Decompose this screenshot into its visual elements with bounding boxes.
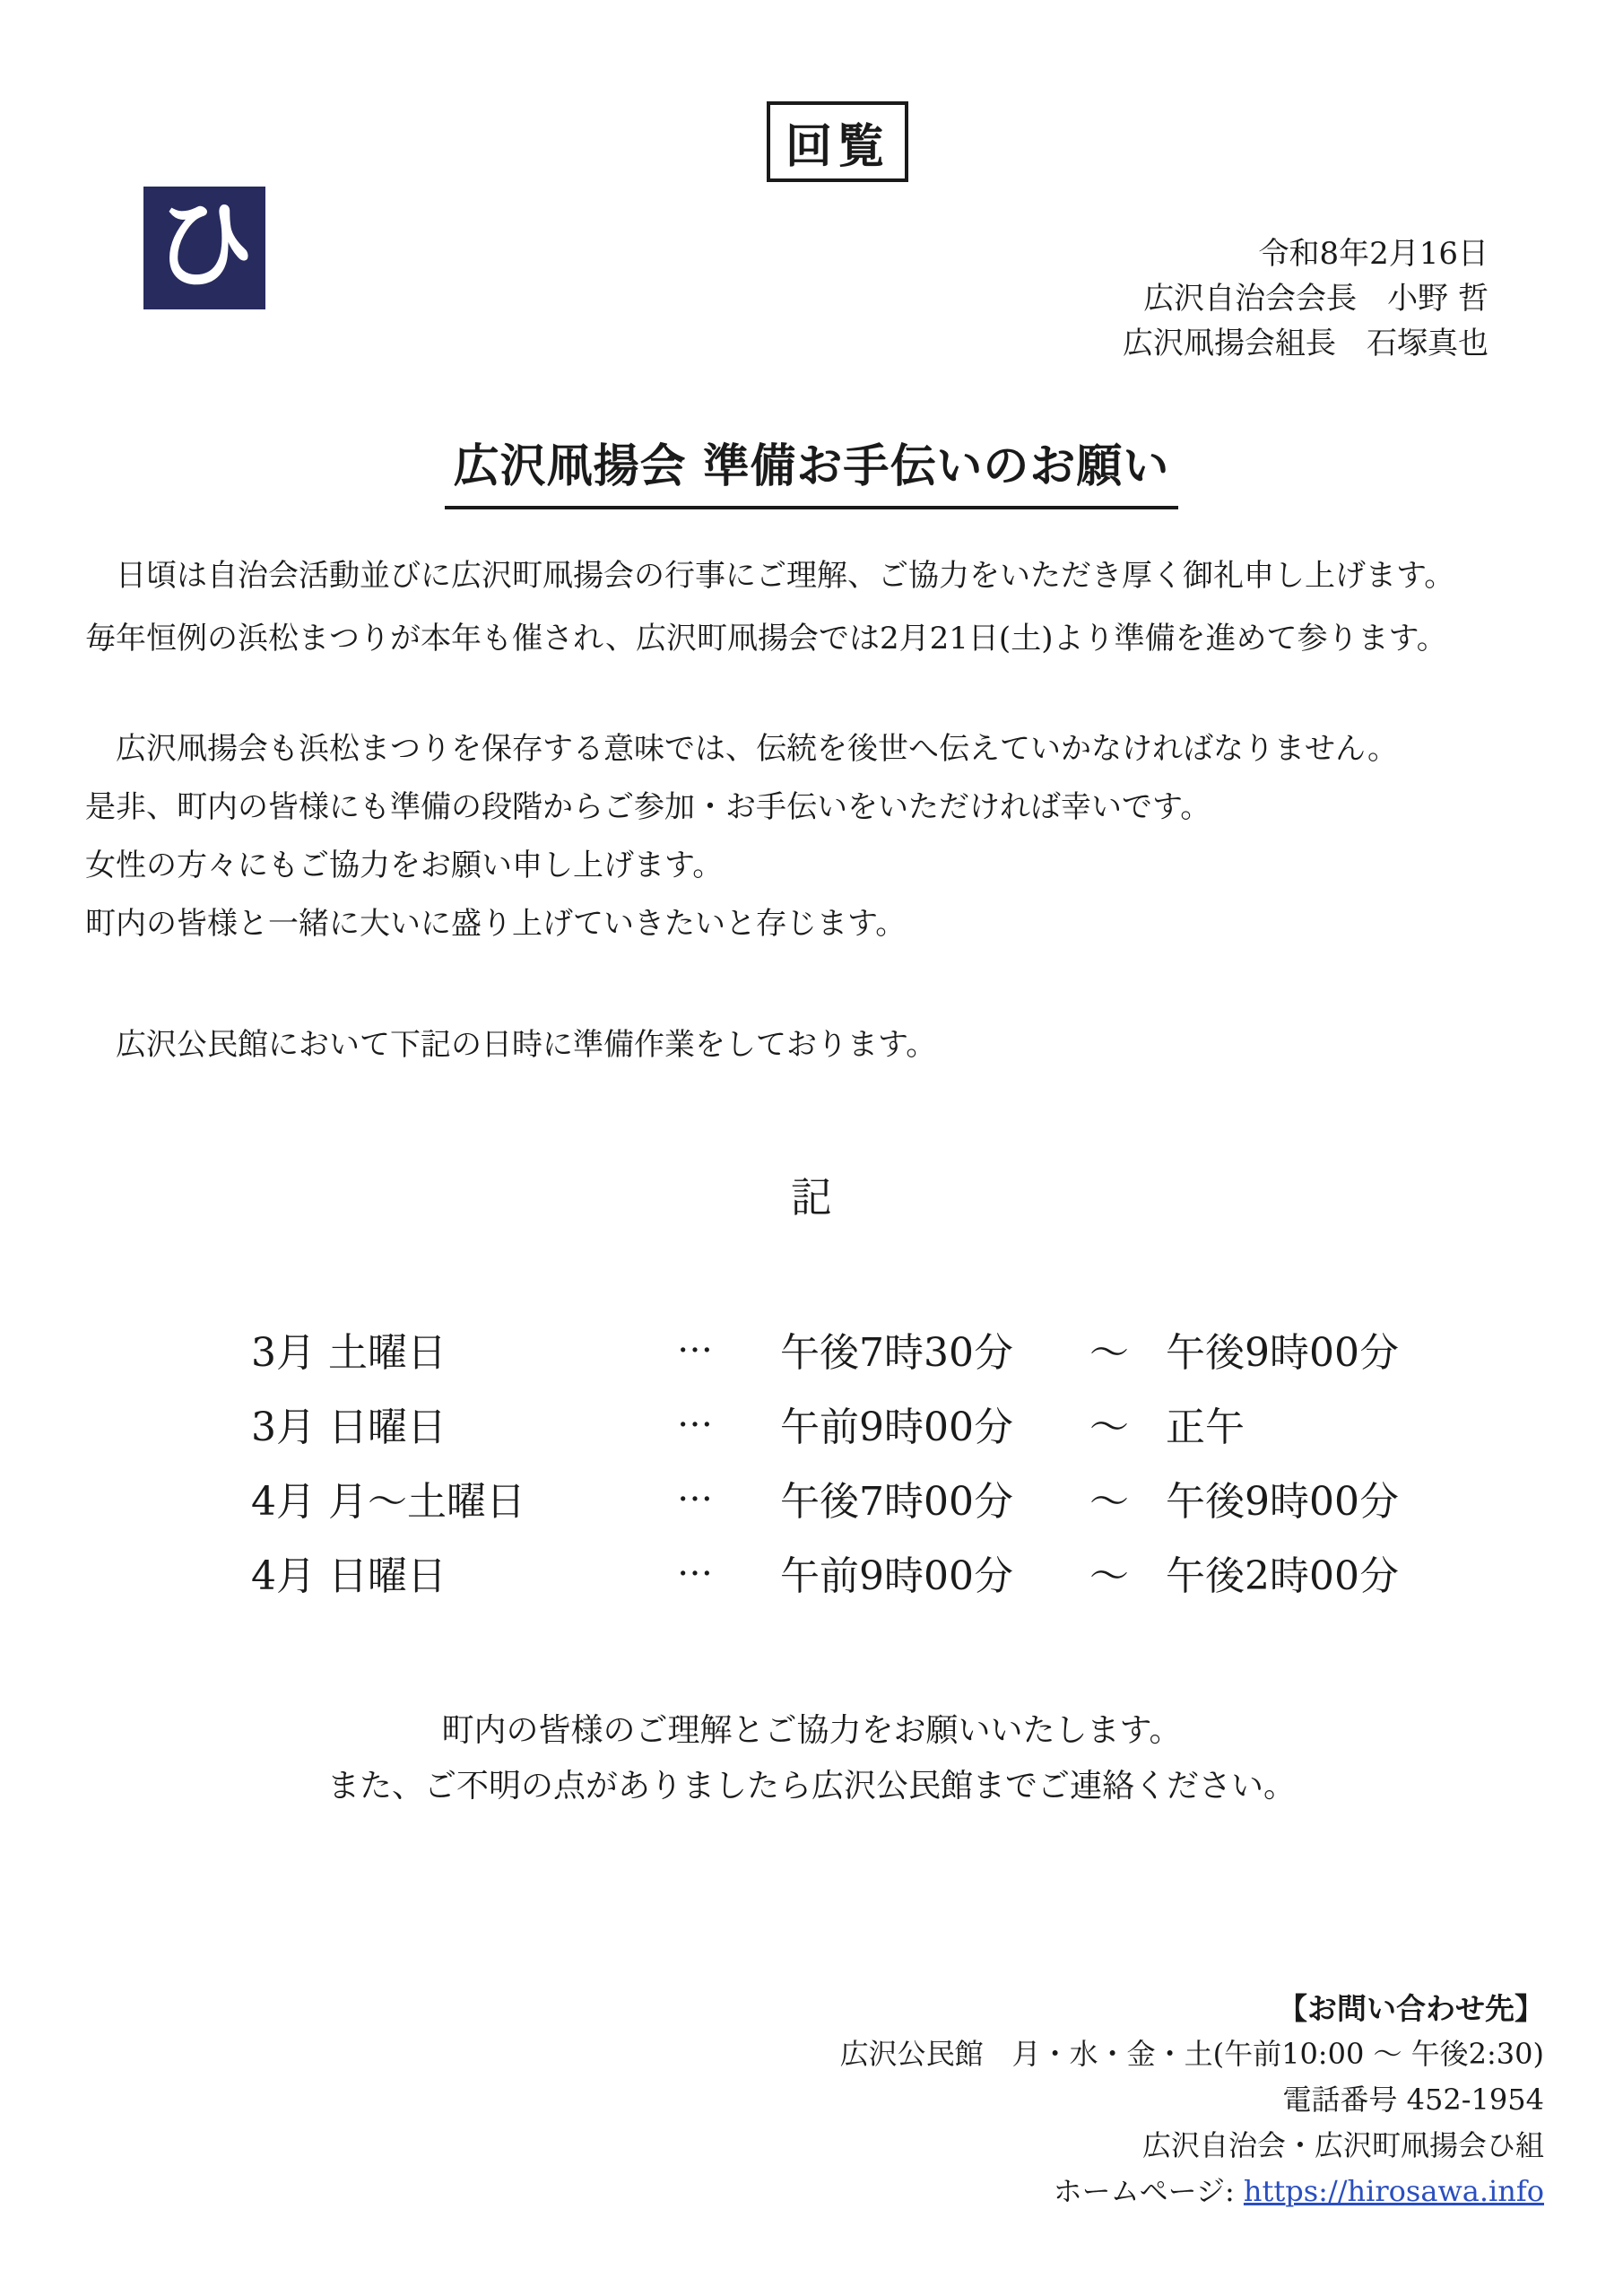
document-date: 令和8年2月16日: [1123, 231, 1488, 276]
document-header-right: 令和8年2月16日 広沢自治会会長 小野 哲 広沢凧揚会組長 石塚真也: [1123, 231, 1488, 366]
schedule-row: 4月 日曜日 … 午前9時00分 ～ 午後2時00分: [251, 1535, 1542, 1609]
schedule-row: 4月 月～土曜日 … 午後7時00分 ～ 午後9時00分: [251, 1460, 1542, 1535]
document-title: 広沢凧揚会 準備お手伝いのお願い: [0, 429, 1623, 509]
schedule-separator: …: [677, 1477, 780, 1518]
homepage-label: ホームページ:: [1054, 2174, 1244, 2208]
circular-stamp-box: 回覧: [767, 101, 908, 182]
circular-stamp-label: 回覧: [785, 109, 890, 176]
schedule-day: 4月 月～土曜日: [251, 1469, 677, 1526]
schedule-end-time: 午後2時00分: [1166, 1544, 1542, 1601]
circular-document-page: 回覧 ひ 令和8年2月16日 広沢自治会会長 小野 哲 広沢凧揚会組長 石塚真也…: [0, 0, 1623, 2296]
paragraph-line: 広沢公民館において下記の日時に準備作業をしております。: [85, 1016, 1547, 1074]
schedule-day: 3月 土曜日: [251, 1320, 677, 1378]
schedule-start-time: 午前9時00分: [780, 1395, 1089, 1452]
closing-paragraph: 町内の皆様のご理解とご協力をお願いいたします。 また、ご不明の点がありましたら広…: [0, 1703, 1623, 1814]
schedule-day: 4月 日曜日: [251, 1544, 677, 1601]
signatory-chairman: 広沢自治会会長 小野 哲: [1123, 276, 1488, 321]
schedule-start-time: 午前9時00分: [780, 1544, 1089, 1601]
schedule-row: 3月 日曜日 … 午前9時00分 ～ 正午: [251, 1386, 1542, 1460]
schedule-tilde: ～: [1089, 1320, 1166, 1378]
paragraph-line: 是非、町内の皆様にも準備の段階からご参加・お手伝いをいただければ幸いです。: [85, 778, 1547, 837]
schedule-end-time: 正午: [1166, 1395, 1542, 1452]
paragraph-line: 広沢凧揚会も浜松まつりを保存する意味では、伝統を後世へ伝えていかなければなりませ…: [85, 720, 1547, 778]
schedule-row: 3月 土曜日 … 午後7時30分 ～ 午後9時00分: [251, 1311, 1542, 1386]
schedule-tilde: ～: [1089, 1544, 1166, 1601]
homepage-link[interactable]: https://hirosawa.info: [1244, 2174, 1544, 2208]
contact-footer: 【お問い合わせ先】 広沢公民館 月・水・金・土(午前10:00 ～ 午後2:30…: [840, 1986, 1544, 2214]
schedule-end-time: 午後9時00分: [1166, 1320, 1542, 1378]
paragraph-location: 広沢公民館において下記の日時に準備作業をしております。: [85, 1016, 1547, 1074]
contact-hours: 広沢公民館 月・水・金・土(午前10:00 ～ 午後2:30): [840, 2031, 1544, 2077]
paragraph-line: 毎年恒例の浜松まつりが本年も催され、広沢町凧揚会では2月21日(土)より準備を進…: [85, 607, 1547, 670]
paragraph-request: 広沢凧揚会も浜松まつりを保存する意味では、伝統を後世へ伝えていかなければなりませ…: [85, 720, 1547, 953]
signatory-group-leader: 広沢凧揚会組長 石塚真也: [1123, 321, 1488, 366]
paragraph-greeting: 日頃は自治会活動並びに広沢町凧揚会の行事にご理解、ご協力をいただき厚く御礼申し上…: [85, 544, 1547, 670]
schedule-start-time: 午後7時00分: [780, 1469, 1089, 1526]
hi-gumi-logo: ひ: [143, 187, 265, 309]
paragraph-line: 女性の方々にもご協力をお願い申し上げます。: [85, 837, 1547, 895]
schedule-separator: …: [677, 1403, 780, 1444]
schedule-table: 3月 土曜日 … 午後7時30分 ～ 午後9時00分 3月 日曜日 … 午前9時…: [251, 1311, 1542, 1609]
schedule-separator: …: [677, 1552, 780, 1593]
hi-gumi-logo-character: ひ: [154, 195, 255, 295]
paragraph-line: 日頃は自治会活動並びに広沢町凧揚会の行事にご理解、ご協力をいただき厚く御礼申し上…: [85, 544, 1547, 607]
schedule-separator: …: [677, 1328, 780, 1370]
schedule-tilde: ～: [1089, 1469, 1166, 1526]
schedule-start-time: 午後7時30分: [780, 1320, 1089, 1378]
schedule-day: 3月 日曜日: [251, 1395, 677, 1452]
contact-homepage-line: ホームページ: https://hirosawa.info: [840, 2169, 1544, 2214]
closing-line: 町内の皆様のご理解とご協力をお願いいたします。: [0, 1703, 1623, 1759]
contact-heading: 【お問い合わせ先】: [840, 1986, 1544, 2031]
paragraph-line: 町内の皆様と一緒に大いに盛り上げていきたいと存じます。: [85, 895, 1547, 953]
document-title-text: 広沢凧揚会 準備お手伝いのお願い: [445, 429, 1179, 509]
notice-body-heading: 記: [0, 1170, 1623, 1224]
schedule-tilde: ～: [1089, 1395, 1166, 1452]
contact-organization: 広沢自治会・広沢町凧揚会ひ組: [840, 2123, 1544, 2169]
closing-line: また、ご不明の点がありましたら広沢公民館までご連絡ください。: [0, 1759, 1623, 1814]
schedule-end-time: 午後9時00分: [1166, 1469, 1542, 1526]
contact-phone: 電話番号 452-1954: [840, 2077, 1544, 2123]
